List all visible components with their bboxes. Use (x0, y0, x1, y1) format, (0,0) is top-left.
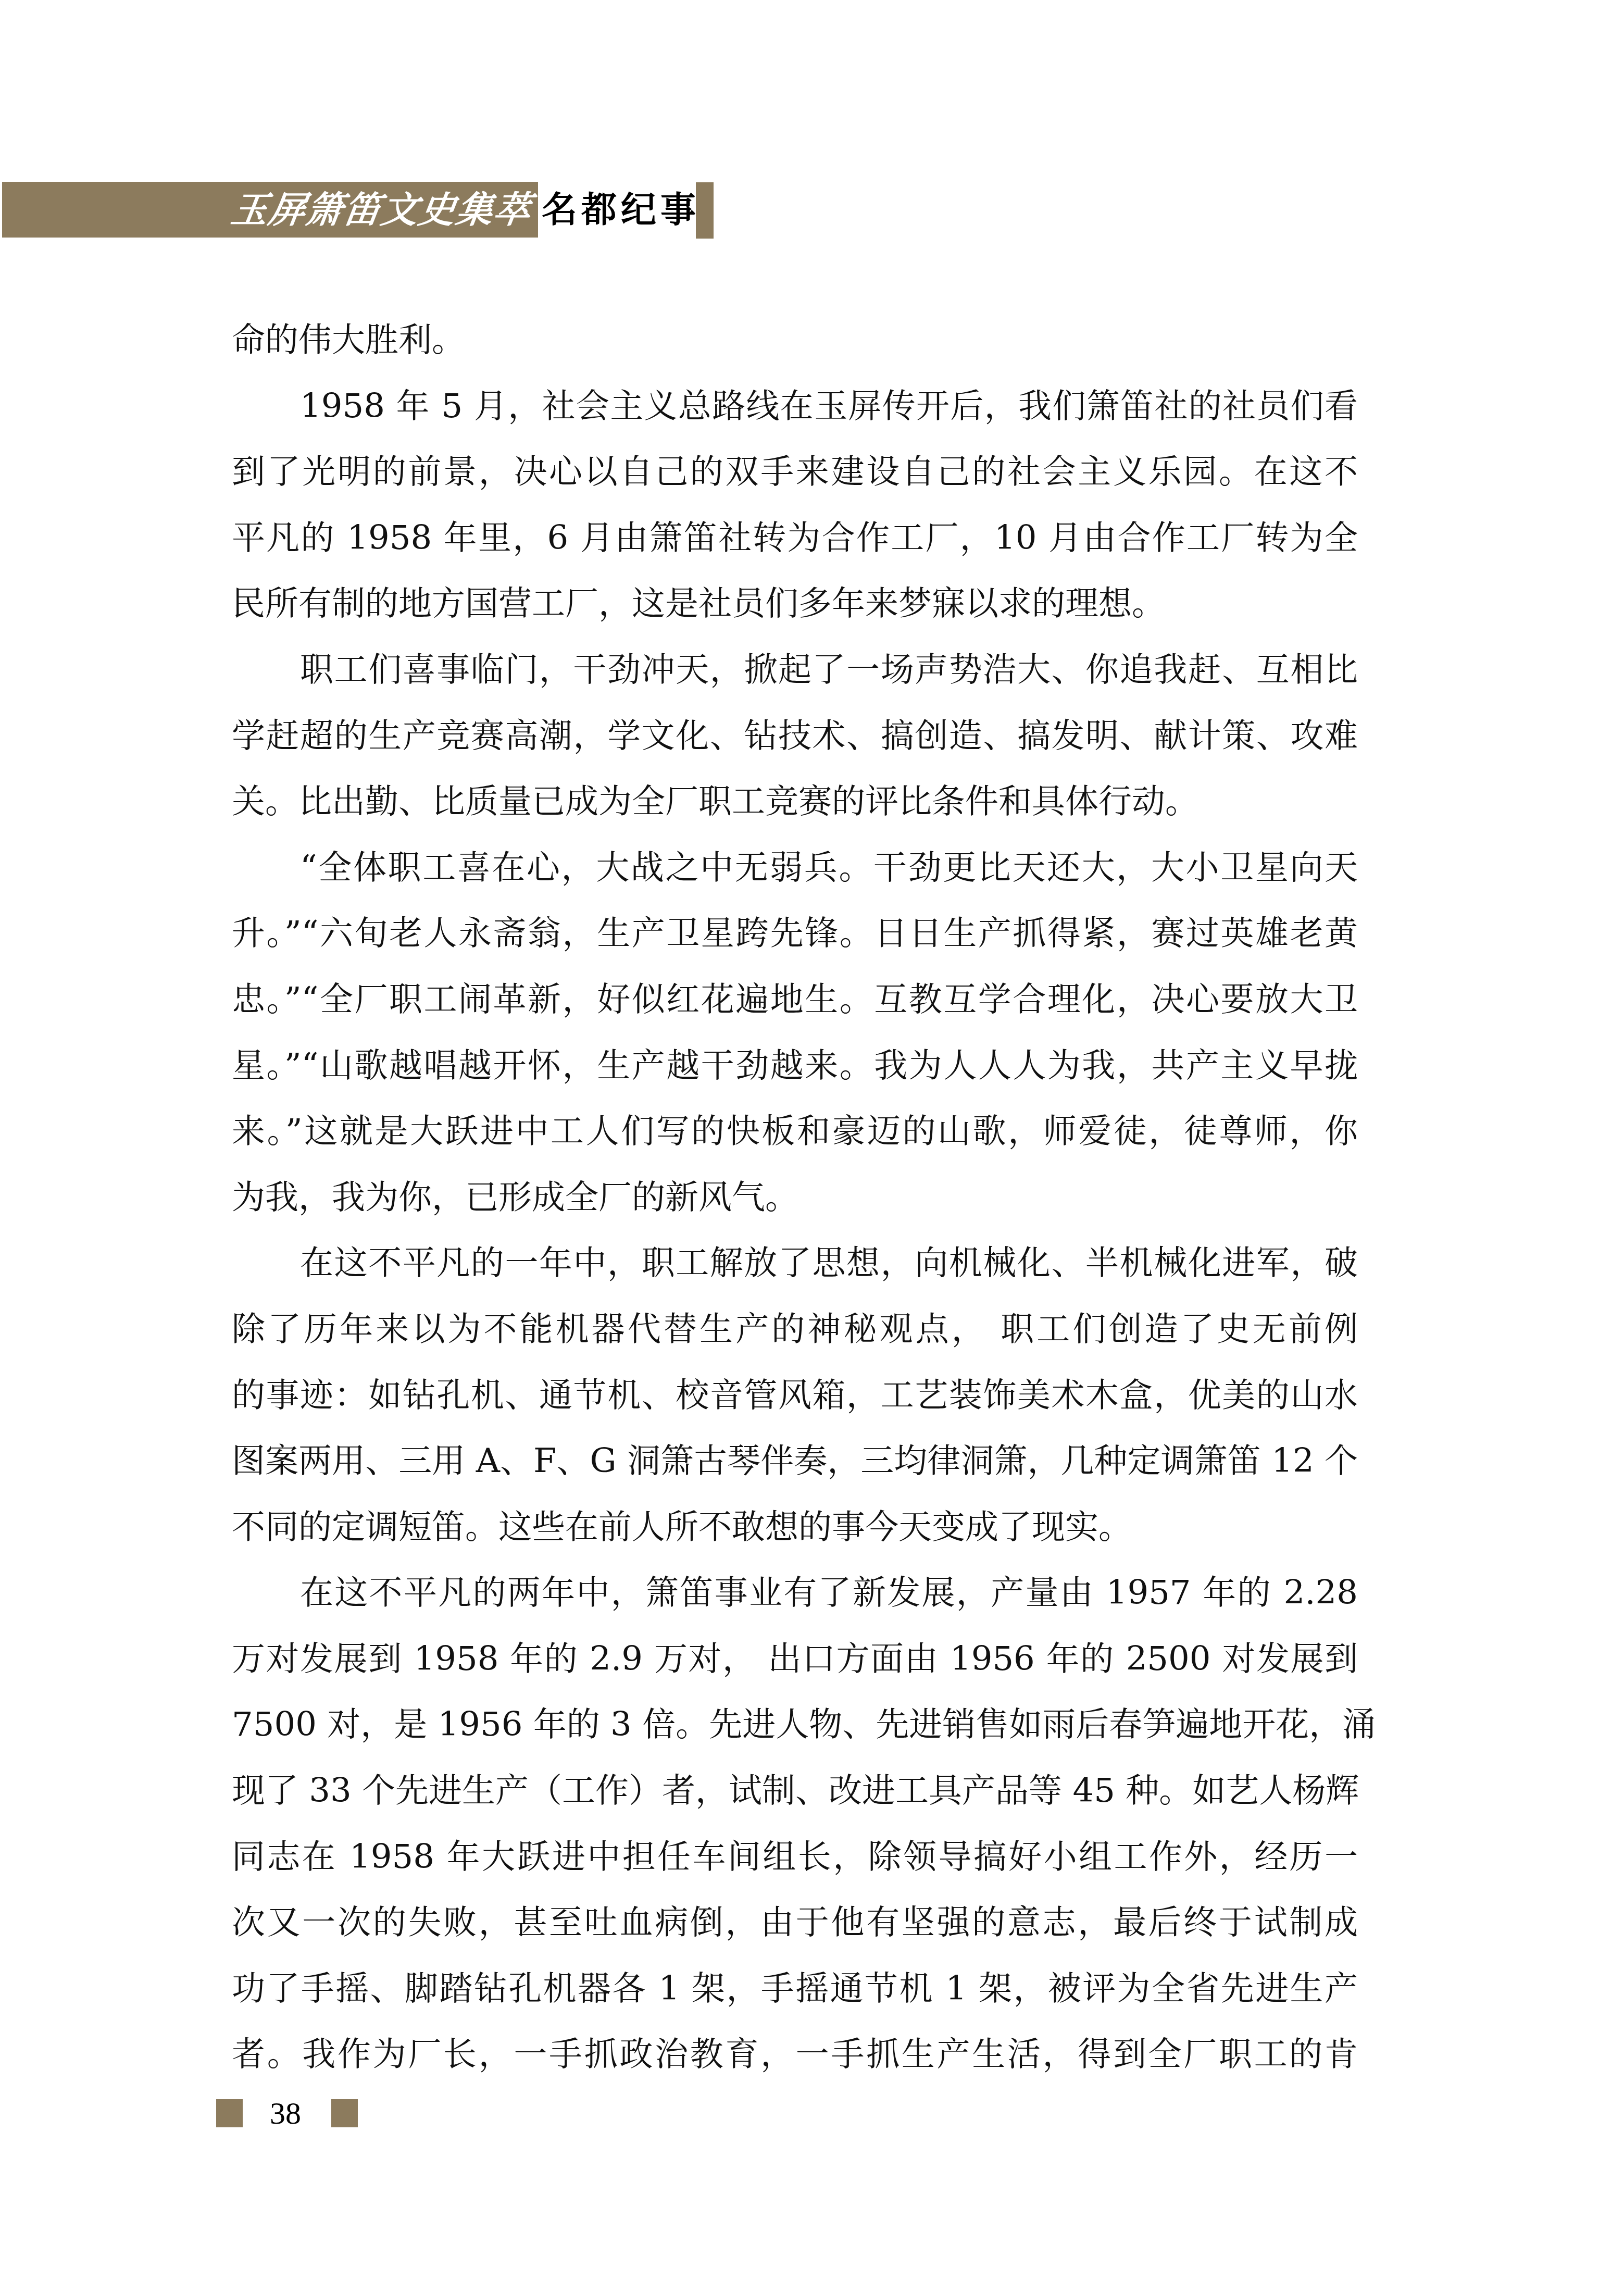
footer-ornament-square-left (216, 2099, 243, 2127)
text-line: 图案两用、三用 A、F、G 洞箫古琴伴奏，三均律洞箫，几种定调箫笛 12 个 (232, 1444, 1358, 1510)
text-line: 来。”这就是大跃进中工人们写的快板和豪迈的山歌，师爱徒，徒尊师，你 (232, 1114, 1358, 1180)
text-line: 现了 33 个先进生产（工作）者，试制、改进工具产品等 45 种。如艺人杨辉 (232, 1774, 1358, 1840)
series-title-calligraphy: 玉屏箫笛文史集萃 (228, 186, 506, 234)
text-line: 者。我作为厂长，一手抓政治教育，一手抓生产生活，得到全厂职工的肯 (232, 2037, 1358, 2103)
paragraph-start-line: 职工们喜事临门，干劲冲天，掀起了一场声势浩大、你追我赶、互相比 (232, 653, 1358, 719)
text-line: 万对发展到 1958 年的 2.9 万对， 出口方面由 1956 年的 2500… (232, 1642, 1358, 1708)
text-line: 为我，我为你，已形成全厂的新风气。 (232, 1180, 1358, 1246)
text-line: 除了历年来以为不能机器代替生产的神秘观点， 职工们创造了史无前例 (232, 1312, 1358, 1378)
page-footer: 38 (0, 2099, 417, 2130)
page-number: 38 (270, 2096, 301, 2130)
text-line: 星。”“山歌越唱越开怀，生产越干劲越来。我为人人人为我，共产主义早拢 (232, 1049, 1358, 1115)
text-line: 的事迹：如钻孔机、通节机、校音管风箱，工艺装饰美术木盒，优美的山水 (232, 1378, 1358, 1444)
header-banner: 玉屏箫笛文史集萃 (2, 182, 538, 238)
text-line: 命的伟大胜利。 (232, 323, 1358, 389)
section-title: 名都纪事 (542, 182, 700, 238)
text-line: 忠。”“全厂职工闹革新，好似红花遍地生。互教互学合理化，决心要放大卫 (232, 982, 1358, 1049)
text-line: 同志在 1958 年大跃进中担任车间组长，除领导搞好小组工作外，经历一 (232, 1840, 1358, 1906)
paragraph-start-line: 1958 年 5 月，社会主义总路线在玉屏传开后，我们箫笛社的社员们看 (232, 389, 1358, 455)
text-line: 次又一次的失败，甚至吐血病倒，由于他有坚强的意志，最后终于试制成 (232, 1905, 1358, 1972)
paragraph-start-line: 在这不平凡的两年中，箫笛事业有了新发展，产量由 1957 年的 2.28 (232, 1576, 1358, 1642)
paragraph-start-line: 在这不平凡的一年中，职工解放了思想，向机械化、半机械化进军，破 (232, 1246, 1358, 1312)
article-body: 命的伟大胜利。 1958 年 5 月，社会主义总路线在玉屏传开后，我们箫笛社的社… (232, 323, 1358, 2103)
text-line: 升。”“六旬老人永斋翁，生产卫星跨先锋。日日生产抓得紧，赛过英雄老黄 (232, 916, 1358, 982)
text-line: 功了手摇、脚踏钻孔机器各 1 架，手摇通节机 1 架，被评为全省先进生产 (232, 1972, 1358, 2038)
paragraph-start-line: “全体职工喜在心，大战之中无弱兵。干劲更比天还大，大小卫星向天 (232, 851, 1358, 917)
text-line: 学赶超的生产竞赛高潮，学文化、钻技术、搞创造、搞发明、献计策、攻难 (232, 719, 1358, 785)
text-line: 平凡的 1958 年里，6 月由箫笛社转为合作工厂，10 月由合作工厂转为全 (232, 521, 1358, 587)
text-line: 到了光明的前景，决心以自己的双手来建设自己的社会主义乐园。在这不 (232, 455, 1358, 521)
text-line: 7500 对，是 1956 年的 3 倍。先进人物、先进销售如雨后春笋遍地开花，… (232, 1707, 1358, 1774)
header-end-bar (696, 182, 714, 239)
text-line: 关。比出勤、比质量已成为全厂职工竞赛的评比条件和具体行动。 (232, 784, 1358, 851)
text-line: 民所有制的地方国营工厂，这是社员们多年来梦寐以求的理想。 (232, 587, 1358, 653)
text-line: 不同的定调短笛。这些在前人所不敢想的事今天变成了现实。 (232, 1510, 1358, 1576)
footer-ornament-square-right (331, 2099, 358, 2127)
